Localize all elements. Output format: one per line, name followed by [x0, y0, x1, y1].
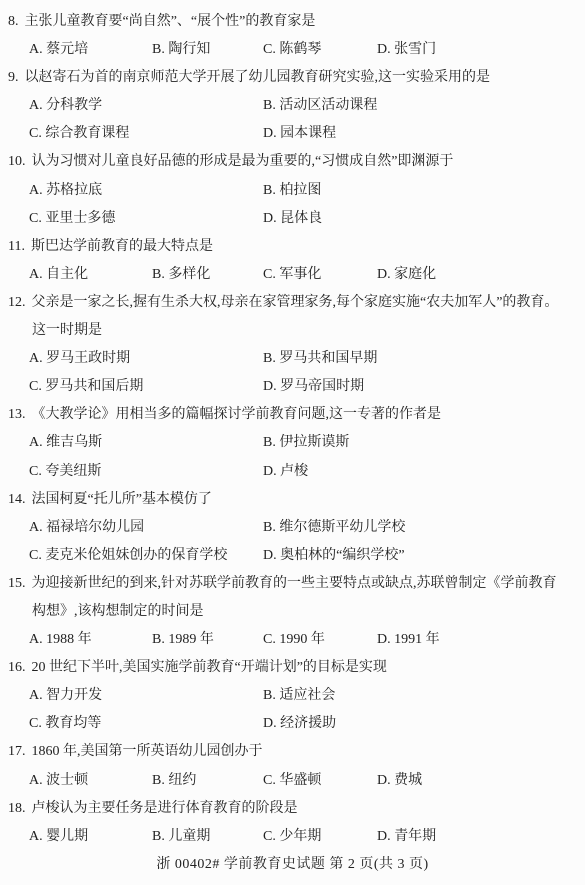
- options-row: A. 自主化B. 多样化C. 军事化D. 家庭化: [0, 261, 585, 289]
- question-text-continued: 这一时期是: [0, 317, 585, 345]
- question-number: 15.: [8, 570, 26, 598]
- option-D: D. 1991 年: [377, 626, 440, 654]
- options-row: A. 1988 年B. 1989 年C. 1990 年D. 1991 年: [0, 626, 585, 654]
- question-text: 18.卢梭认为主要任务是进行体育教育的阶段是: [0, 795, 585, 823]
- question-text: 11.斯巴达学前教育的最大特点是: [0, 233, 585, 261]
- option-C: C. 1990 年: [263, 626, 325, 654]
- question-stem: 构想》,该构想制定的时间是: [32, 604, 204, 619]
- option-D: D. 费城: [377, 767, 422, 795]
- question-text: 8.主张儿童教育要“尚自然”、“展个性”的教育家是: [0, 8, 585, 36]
- question-number: 9.: [8, 64, 19, 92]
- options-row: A. 婴儿期B. 儿童期C. 少年期D. 青年期: [0, 823, 585, 851]
- options-row: C. 罗马共和国后期D. 罗马帝国时期: [0, 373, 585, 401]
- question-text: 12.父亲是一家之长,握有生杀大权,母亲在家管理家务,每个家庭实施“农夫加军人”…: [0, 289, 585, 317]
- question-text: 16.20 世纪下半叶,美国实施学前教育“开端计划”的目标是实现: [0, 654, 585, 682]
- option-C: C. 夸美纽斯: [29, 458, 101, 486]
- option-C: C. 少年期: [263, 823, 321, 851]
- option-D: D. 青年期: [377, 823, 436, 851]
- question-stem: 《大教学论》用相当多的篇幅探讨学前教育问题,这一专著的作者是: [32, 407, 442, 422]
- option-C: C. 陈鹤琴: [263, 36, 321, 64]
- question-16: 16.20 世纪下半叶,美国实施学前教育“开端计划”的目标是实现A. 智力开发B…: [0, 654, 585, 738]
- option-B: B. 柏拉图: [263, 177, 321, 205]
- scanned-exam-paper: { "document": { "kind": "exam-paper-scan…: [0, 0, 585, 885]
- question-11: 11.斯巴达学前教育的最大特点是A. 自主化B. 多样化C. 军事化D. 家庭化: [0, 233, 585, 289]
- options-row: A. 维吉乌斯B. 伊拉斯谟斯: [0, 429, 585, 457]
- question-9: 9.以赵寄石为首的南京师范大学开展了幼儿园教育研究实验,这一实验采用的是A. 分…: [0, 64, 585, 148]
- question-text: 14.法国柯夏“托儿所”基本模仿了: [0, 486, 585, 514]
- question-stem: 认为习惯对儿童良好品德的形成是最为重要的,“习惯成自然”即渊源于: [32, 154, 454, 169]
- question-stem: 主张儿童教育要“尚自然”、“展个性”的教育家是: [25, 14, 316, 29]
- option-D: D. 卢梭: [263, 458, 308, 486]
- option-D: D. 昆体良: [263, 205, 322, 233]
- question-text: 15.为迎接新世纪的到来,针对苏联学前教育的一些主要特点或缺点,苏联曾制定《学前…: [0, 570, 585, 598]
- question-text: 9.以赵寄石为首的南京师范大学开展了幼儿园教育研究实验,这一实验采用的是: [0, 64, 585, 92]
- options-row: A. 蔡元培B. 陶行知C. 陈鹤琴D. 张雪门: [0, 36, 585, 64]
- option-A: A. 福禄培尔幼儿园: [29, 514, 144, 542]
- question-text: 13.《大教学论》用相当多的篇幅探讨学前教育问题,这一专著的作者是: [0, 401, 585, 429]
- question-number: 17.: [8, 738, 26, 766]
- option-B: B. 多样化: [152, 261, 210, 289]
- question-number: 14.: [8, 486, 26, 514]
- option-B: B. 罗马共和国早期: [263, 345, 377, 373]
- question-text: 10.认为习惯对儿童良好品德的形成是最为重要的,“习惯成自然”即渊源于: [0, 148, 585, 176]
- option-A: A. 波士顿: [29, 767, 88, 795]
- question-number: 16.: [8, 654, 26, 682]
- question-stem: 20 世纪下半叶,美国实施学前教育“开端计划”的目标是实现: [32, 660, 387, 675]
- options-row: C. 综合教育课程D. 园本课程: [0, 120, 585, 148]
- exam-page: 8.主张儿童教育要“尚自然”、“展个性”的教育家是A. 蔡元培B. 陶行知C. …: [0, 0, 585, 879]
- option-A: A. 智力开发: [29, 682, 102, 710]
- option-C: C. 教育均等: [29, 710, 101, 738]
- question-list: 8.主张儿童教育要“尚自然”、“展个性”的教育家是A. 蔡元培B. 陶行知C. …: [0, 8, 585, 851]
- question-stem: 父亲是一家之长,握有生杀大权,母亲在家管理家务,每个家庭实施“农夫加军人”的教育…: [32, 295, 559, 310]
- option-B: B. 儿童期: [152, 823, 210, 851]
- option-C: C. 军事化: [263, 261, 321, 289]
- options-row: A. 福禄培尔幼儿园B. 维尔德斯平幼儿学校: [0, 514, 585, 542]
- option-D: D. 张雪门: [377, 36, 436, 64]
- question-stem: 为迎接新世纪的到来,针对苏联学前教育的一些主要特点或缺点,苏联曾制定《学前教育: [32, 576, 557, 591]
- question-17: 17.1860 年,美国第一所英语幼儿园创办于A. 波士顿B. 纽约C. 华盛顿…: [0, 738, 585, 794]
- option-A: A. 蔡元培: [29, 36, 88, 64]
- options-row: A. 波士顿B. 纽约C. 华盛顿D. 费城: [0, 767, 585, 795]
- option-B: B. 纽约: [152, 767, 196, 795]
- options-row: C. 夸美纽斯D. 卢梭: [0, 458, 585, 486]
- options-row: C. 教育均等D. 经济援助: [0, 710, 585, 738]
- option-D: D. 经济援助: [263, 710, 336, 738]
- question-number: 18.: [8, 795, 26, 823]
- question-15: 15.为迎接新世纪的到来,针对苏联学前教育的一些主要特点或缺点,苏联曾制定《学前…: [0, 570, 585, 654]
- options-row: C. 亚里士多德D. 昆体良: [0, 205, 585, 233]
- question-stem: 法国柯夏“托儿所”基本模仿了: [32, 492, 212, 507]
- options-row: A. 分科教学B. 活动区活动课程: [0, 92, 585, 120]
- options-row: A. 罗马王政时期B. 罗马共和国早期: [0, 345, 585, 373]
- option-D: D. 奥柏林的“编织学校”: [263, 542, 405, 570]
- question-stem: 斯巴达学前教育的最大特点是: [31, 239, 213, 254]
- option-C: C. 综合教育课程: [29, 120, 129, 148]
- option-C: C. 罗马共和国后期: [29, 373, 143, 401]
- question-13: 13.《大教学论》用相当多的篇幅探讨学前教育问题,这一专著的作者是A. 维吉乌斯…: [0, 401, 585, 485]
- options-row: A. 苏格拉底B. 柏拉图: [0, 177, 585, 205]
- option-A: A. 分科教学: [29, 92, 102, 120]
- option-B: B. 1989 年: [152, 626, 214, 654]
- option-B: B. 活动区活动课程: [263, 92, 377, 120]
- option-D: D. 园本课程: [263, 120, 336, 148]
- option-B: B. 伊拉斯谟斯: [263, 429, 349, 457]
- page-footer: 浙 00402# 学前教育史试题 第 2 页(共 3 页): [0, 851, 585, 879]
- option-D: D. 罗马帝国时期: [263, 373, 364, 401]
- question-stem: 1860 年,美国第一所英语幼儿园创办于: [32, 744, 263, 759]
- question-12: 12.父亲是一家之长,握有生杀大权,母亲在家管理家务,每个家庭实施“农夫加军人”…: [0, 289, 585, 401]
- option-B: B. 维尔德斯平幼儿学校: [263, 514, 405, 542]
- question-number: 13.: [8, 401, 26, 429]
- question-number: 12.: [8, 289, 26, 317]
- options-row: A. 智力开发B. 适应社会: [0, 682, 585, 710]
- option-A: A. 罗马王政时期: [29, 345, 130, 373]
- options-row: C. 麦克米伦姐妹创办的保育学校D. 奥柏林的“编织学校”: [0, 542, 585, 570]
- question-number: 10.: [8, 148, 26, 176]
- question-10: 10.认为习惯对儿童良好品德的形成是最为重要的,“习惯成自然”即渊源于A. 苏格…: [0, 148, 585, 232]
- question-stem: 这一时期是: [32, 323, 102, 338]
- option-D: D. 家庭化: [377, 261, 436, 289]
- option-A: A. 婴儿期: [29, 823, 88, 851]
- option-B: B. 适应社会: [263, 682, 335, 710]
- option-A: A. 维吉乌斯: [29, 429, 102, 457]
- question-8: 8.主张儿童教育要“尚自然”、“展个性”的教育家是A. 蔡元培B. 陶行知C. …: [0, 8, 585, 64]
- question-18: 18.卢梭认为主要任务是进行体育教育的阶段是A. 婴儿期B. 儿童期C. 少年期…: [0, 795, 585, 851]
- question-14: 14.法国柯夏“托儿所”基本模仿了A. 福禄培尔幼儿园B. 维尔德斯平幼儿学校C…: [0, 486, 585, 570]
- question-stem: 以赵寄石为首的南京师范大学开展了幼儿园教育研究实验,这一实验采用的是: [25, 70, 491, 85]
- option-B: B. 陶行知: [152, 36, 210, 64]
- question-number: 8.: [8, 8, 19, 36]
- option-C: C. 亚里士多德: [29, 205, 115, 233]
- question-text: 17.1860 年,美国第一所英语幼儿园创办于: [0, 738, 585, 766]
- option-A: A. 1988 年: [29, 626, 92, 654]
- question-number: 11.: [8, 233, 25, 261]
- option-A: A. 苏格拉底: [29, 177, 102, 205]
- question-text-continued: 构想》,该构想制定的时间是: [0, 598, 585, 626]
- option-A: A. 自主化: [29, 261, 88, 289]
- option-C: C. 麦克米伦姐妹创办的保育学校: [29, 542, 227, 570]
- question-stem: 卢梭认为主要任务是进行体育教育的阶段是: [32, 801, 298, 816]
- option-C: C. 华盛顿: [263, 767, 321, 795]
